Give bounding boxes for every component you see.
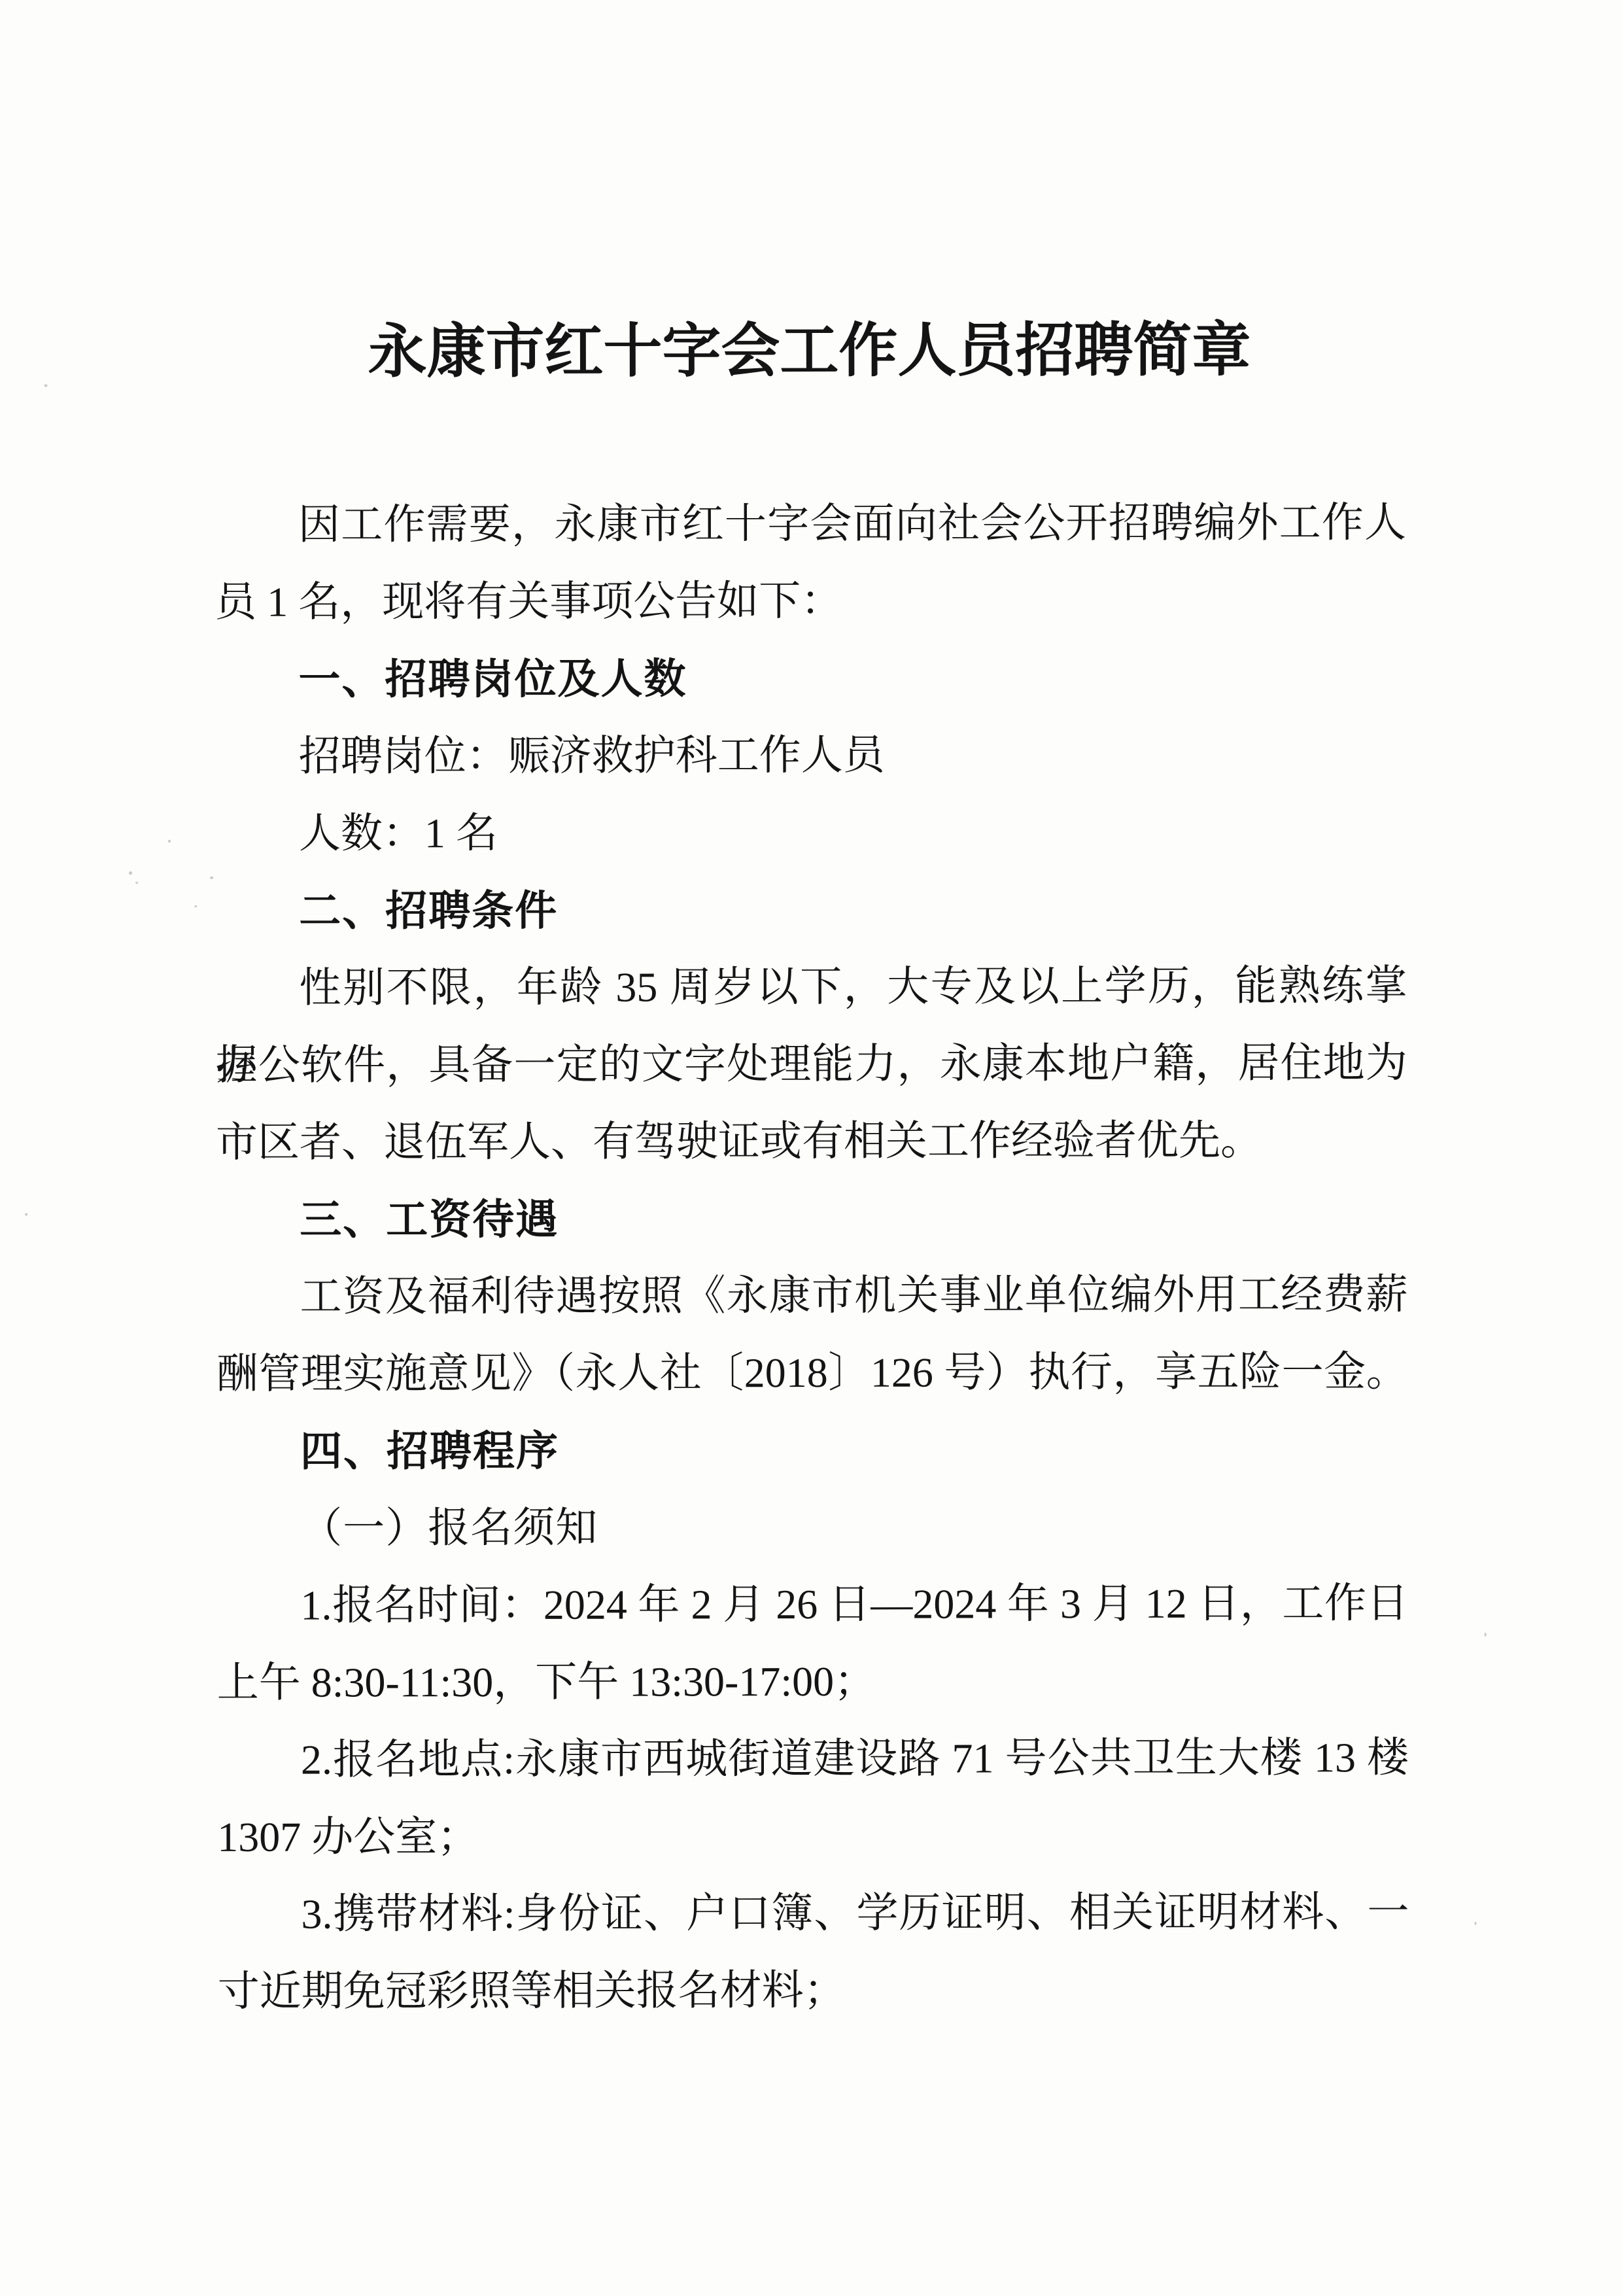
section1-position-line: 招聘岗位：赈济救护科工作人员 bbox=[215, 716, 1407, 795]
scan-speck bbox=[129, 871, 132, 875]
section4-sub1-heading: （一）报名须知 bbox=[216, 1487, 1408, 1567]
section2-line-3: 市区者、退伍军人、有驾驶证或有相关工作经验者优先。 bbox=[216, 1102, 1407, 1181]
item1-line-1: 1.报名时间：2024 年 2 月 26 日—2024 年 3 月 12 日，工… bbox=[216, 1565, 1408, 1644]
intro-line-2: 员 1 名，现将有关事项公告如下： bbox=[215, 561, 1406, 641]
scan-speck bbox=[1485, 1633, 1487, 1637]
item2-line-1: 2.报名地点:永康市西城街道建设路 71 号公共卫生大楼 13 楼 bbox=[217, 1719, 1409, 1799]
section3-heading: 三、工资待遇 bbox=[216, 1179, 1407, 1259]
document-body: 因工作需要，永康市红十字会面向社会公开招聘编外工作人 员 1 名，现将有关事项公… bbox=[215, 484, 1409, 2030]
section1-heading: 一、招聘岗位及人数 bbox=[215, 638, 1406, 718]
section1-count-line: 人数：1 名 bbox=[215, 793, 1407, 873]
item3-line-2: 寸近期免冠彩照等相关报名材料； bbox=[218, 1951, 1409, 2030]
document-title: 永康市红十字会工作人员招聘简章 bbox=[0, 304, 1621, 399]
item1-line-2: 上午 8:30-11:30，下午 13:30-17:00； bbox=[217, 1642, 1409, 1722]
section3-line-1: 工资及福利待遇按照《永康市机关事业单位编外用工经费薪 bbox=[216, 1256, 1407, 1336]
item3-line-1: 3.携带材料:身份证、户口簿、学历证明、相关证明材料、一 bbox=[217, 1873, 1409, 1953]
scan-speck bbox=[25, 1213, 27, 1216]
section3-line-2: 酬管理实施意见》（永人社〔2018〕126 号）执行，享五险一金。 bbox=[216, 1333, 1408, 1413]
scan-speck bbox=[44, 384, 48, 387]
scan-speck bbox=[194, 905, 197, 907]
scanned-document-page: 永康市红十字会工作人员招聘简章 因工作需要，永康市红十字会面向社会公开招聘编外工… bbox=[0, 0, 1622, 2296]
scan-speck bbox=[518, 338, 521, 340]
section2-line-1: 性别不限，年龄 35 周岁以下，大专及以上学历，能熟练掌握 bbox=[215, 947, 1407, 1027]
intro-line-1: 因工作需要，永康市红十字会面向社会公开招聘编外工作人 bbox=[215, 484, 1406, 564]
scan-speck bbox=[1474, 1922, 1476, 1925]
section4-heading: 四、招聘程序 bbox=[216, 1410, 1408, 1490]
item2-line-2: 1307 办公室； bbox=[217, 1796, 1409, 1876]
section2-line-2: 办公软件，具备一定的文字处理能力，永康本地户籍，居住地为 bbox=[216, 1024, 1407, 1104]
section2-heading: 二、招聘条件 bbox=[215, 870, 1407, 950]
scan-speck bbox=[135, 882, 138, 884]
scan-speck bbox=[210, 877, 213, 879]
scan-speck bbox=[168, 840, 171, 843]
